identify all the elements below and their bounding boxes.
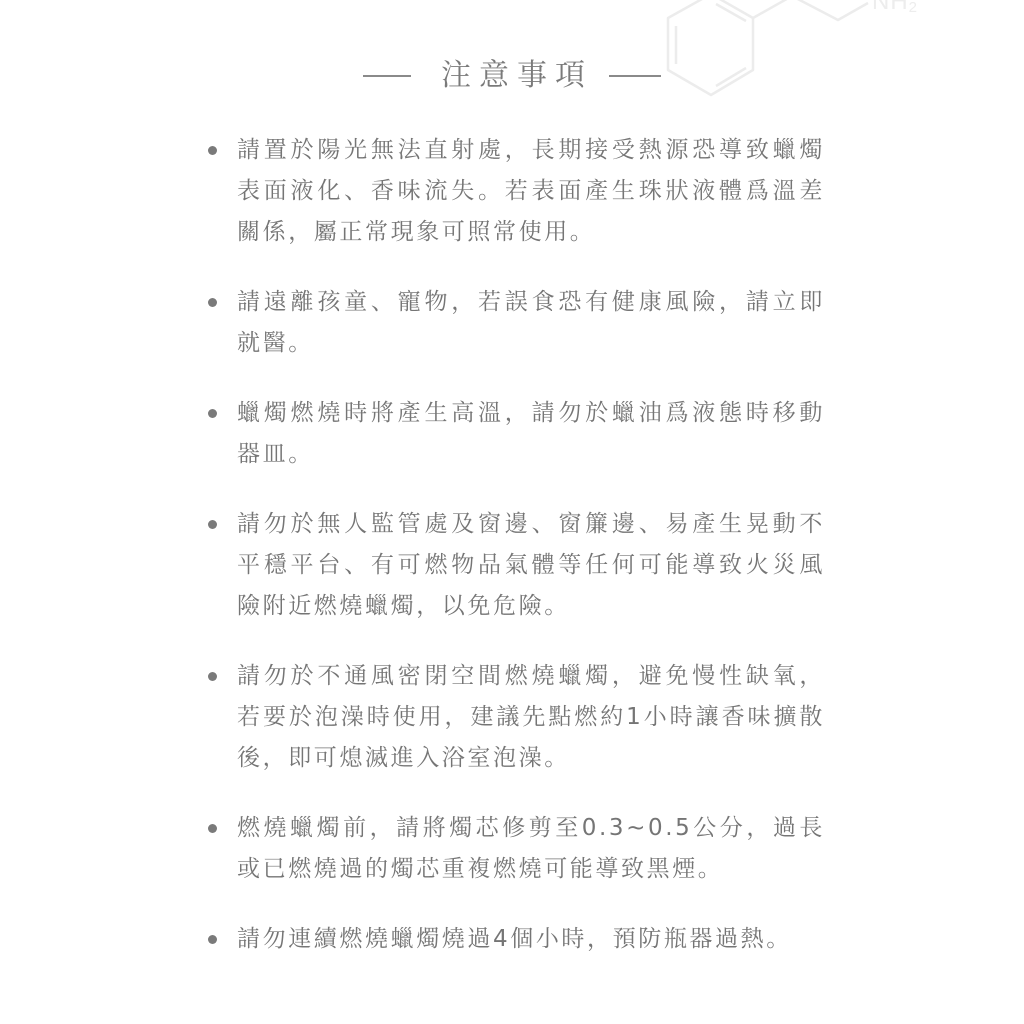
- title-divider-left: [363, 75, 411, 77]
- bullet-icon: [208, 520, 217, 529]
- note-text: 燃燒蠟燭前，請將燭芯修剪至0.3~0.5公分，過長或已燃燒過的燭芯重複燃燒可能導…: [237, 808, 825, 890]
- title-divider-right: [609, 75, 661, 77]
- page-title: 注意事項: [441, 56, 591, 96]
- section-header: 注意事項: [0, 56, 1024, 96]
- note-text: 請遠離孩童、寵物，若誤食恐有健康風險，請立即就醫。: [237, 282, 825, 364]
- bullet-icon: [208, 824, 217, 833]
- precautions-list: 請置於陽光無法直射處，長期接受熱源恐導致蠟燭表面液化、香味流失。若表面產生珠狀液…: [205, 130, 830, 989]
- list-item: 蠟燭燃燒時將產生高溫，請勿於蠟油爲液態時移動器皿。: [205, 393, 830, 475]
- nh2-label: NH2: [872, 0, 918, 16]
- bullet-icon: [208, 409, 217, 418]
- list-item: 請勿連續燃燒蠟燭燒過4個小時，預防瓶器過熱。: [205, 919, 830, 960]
- note-text: 請勿於無人監管處及窗邊、窗簾邊、易產生晃動不平穩平台、有可燃物品氣體等任何可能導…: [237, 504, 825, 627]
- note-text: 蠟燭燃燒時將產生高溫，請勿於蠟油爲液態時移動器皿。: [237, 393, 825, 475]
- list-item: 請置於陽光無法直射處，長期接受熱源恐導致蠟燭表面液化、香味流失。若表面產生珠狀液…: [205, 130, 830, 253]
- list-item: 請勿於不通風密閉空間燃燒蠟燭，避免慢性缺氧，若要於泡澡時使用，建議先點燃約1小時…: [205, 656, 830, 779]
- note-text: 請勿連續燃燒蠟燭燒過4個小時，預防瓶器過熱。: [237, 919, 825, 960]
- note-text: 請勿於不通風密閉空間燃燒蠟燭，避免慢性缺氧，若要於泡澡時使用，建議先點燃約1小時…: [237, 656, 825, 779]
- list-item: 請遠離孩童、寵物，若誤食恐有健康風險，請立即就醫。: [205, 282, 830, 364]
- bullet-icon: [208, 935, 217, 944]
- list-item: 請勿於無人監管處及窗邊、窗簾邊、易產生晃動不平穩平台、有可燃物品氣體等任何可能導…: [205, 504, 830, 627]
- bullet-icon: [208, 298, 217, 307]
- list-item: 燃燒蠟燭前，請將燭芯修剪至0.3~0.5公分，過長或已燃燒過的燭芯重複燃燒可能導…: [205, 808, 830, 890]
- bullet-icon: [208, 146, 217, 155]
- bullet-icon: [208, 672, 217, 681]
- note-text: 請置於陽光無法直射處，長期接受熱源恐導致蠟燭表面液化、香味流失。若表面產生珠狀液…: [237, 130, 825, 253]
